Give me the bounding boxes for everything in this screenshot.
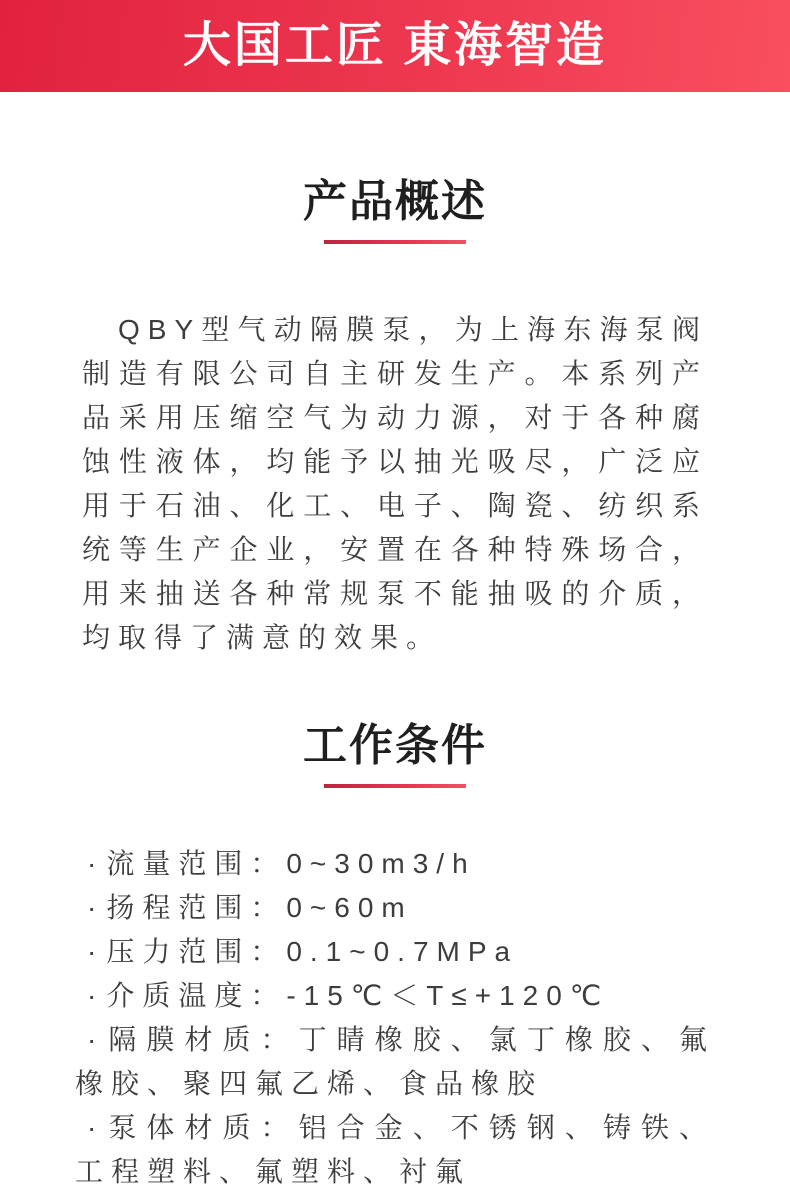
bullet-icon: · <box>87 892 106 923</box>
spec-list: ·流量范围：0~30m3/h ·扬程范围：0~60m ·压力范围：0.1~0.7… <box>75 842 715 1194</box>
section-overview: 产品概述 QBY型气动隔膜泵，为上海东海泵阀制造有限公司自主研发生产。本系列产品… <box>0 176 790 660</box>
overview-paragraph: QBY型气动隔膜泵，为上海东海泵阀制造有限公司自主研发生产。本系列产品采用压缩空… <box>82 308 708 660</box>
spec-item-text: 流量范围：0~30m3/h <box>106 848 475 879</box>
spec-item-pressure-range: ·压力范围：0.1~0.7MPa <box>75 930 715 974</box>
spec-item-flow-range: ·流量范围：0~30m3/h <box>75 842 715 886</box>
section-conditions: 工作条件 ·流量范围：0~30m3/h ·扬程范围：0~60m ·压力范围：0.… <box>0 720 790 1194</box>
top-banner: 大国工匠 東海智造 <box>0 0 790 92</box>
bullet-icon: · <box>87 1024 106 1055</box>
bullet-icon: · <box>87 980 106 1011</box>
spec-item-text: 扬程范围：0~60m <box>106 892 412 923</box>
spec-item-text: 压力范围：0.1~0.7MPa <box>106 936 518 967</box>
overview-title: 产品概述 <box>0 176 790 228</box>
bullet-icon: · <box>87 1112 106 1143</box>
spec-item-pump-body-material: ·泵体材质：铝合金、不锈钢、铸铁、工程塑料、氟塑料、衬氟 <box>75 1106 715 1194</box>
overview-title-underline <box>324 240 466 244</box>
spec-item-diaphragm-material: ·隔膜材质：丁睛橡胶、氯丁橡胶、氟橡胶、聚四氟乙烯、食品橡胶 <box>75 1018 715 1106</box>
bullet-icon: · <box>87 936 106 967</box>
conditions-header: 工作条件 <box>0 720 790 788</box>
spec-item-head-range: ·扬程范围：0~60m <box>75 886 715 930</box>
conditions-title: 工作条件 <box>0 720 790 772</box>
banner-title: 大国工匠 東海智造 <box>183 22 607 70</box>
conditions-title-underline <box>324 784 466 788</box>
spec-item-media-temperature: ·介质温度：-15℃＜T≤+120℃ <box>75 974 715 1018</box>
spec-item-text: 隔膜材质：丁睛橡胶、氯丁橡胶、氟橡胶、聚四氟乙烯、食品橡胶 <box>75 1024 715 1099</box>
overview-header: 产品概述 <box>0 176 790 244</box>
spec-item-text: 介质温度：-15℃＜T≤+120℃ <box>106 980 609 1011</box>
bullet-icon: · <box>87 848 106 879</box>
spec-item-text: 泵体材质：铝合金、不锈钢、铸铁、工程塑料、氟塑料、衬氟 <box>75 1112 715 1187</box>
